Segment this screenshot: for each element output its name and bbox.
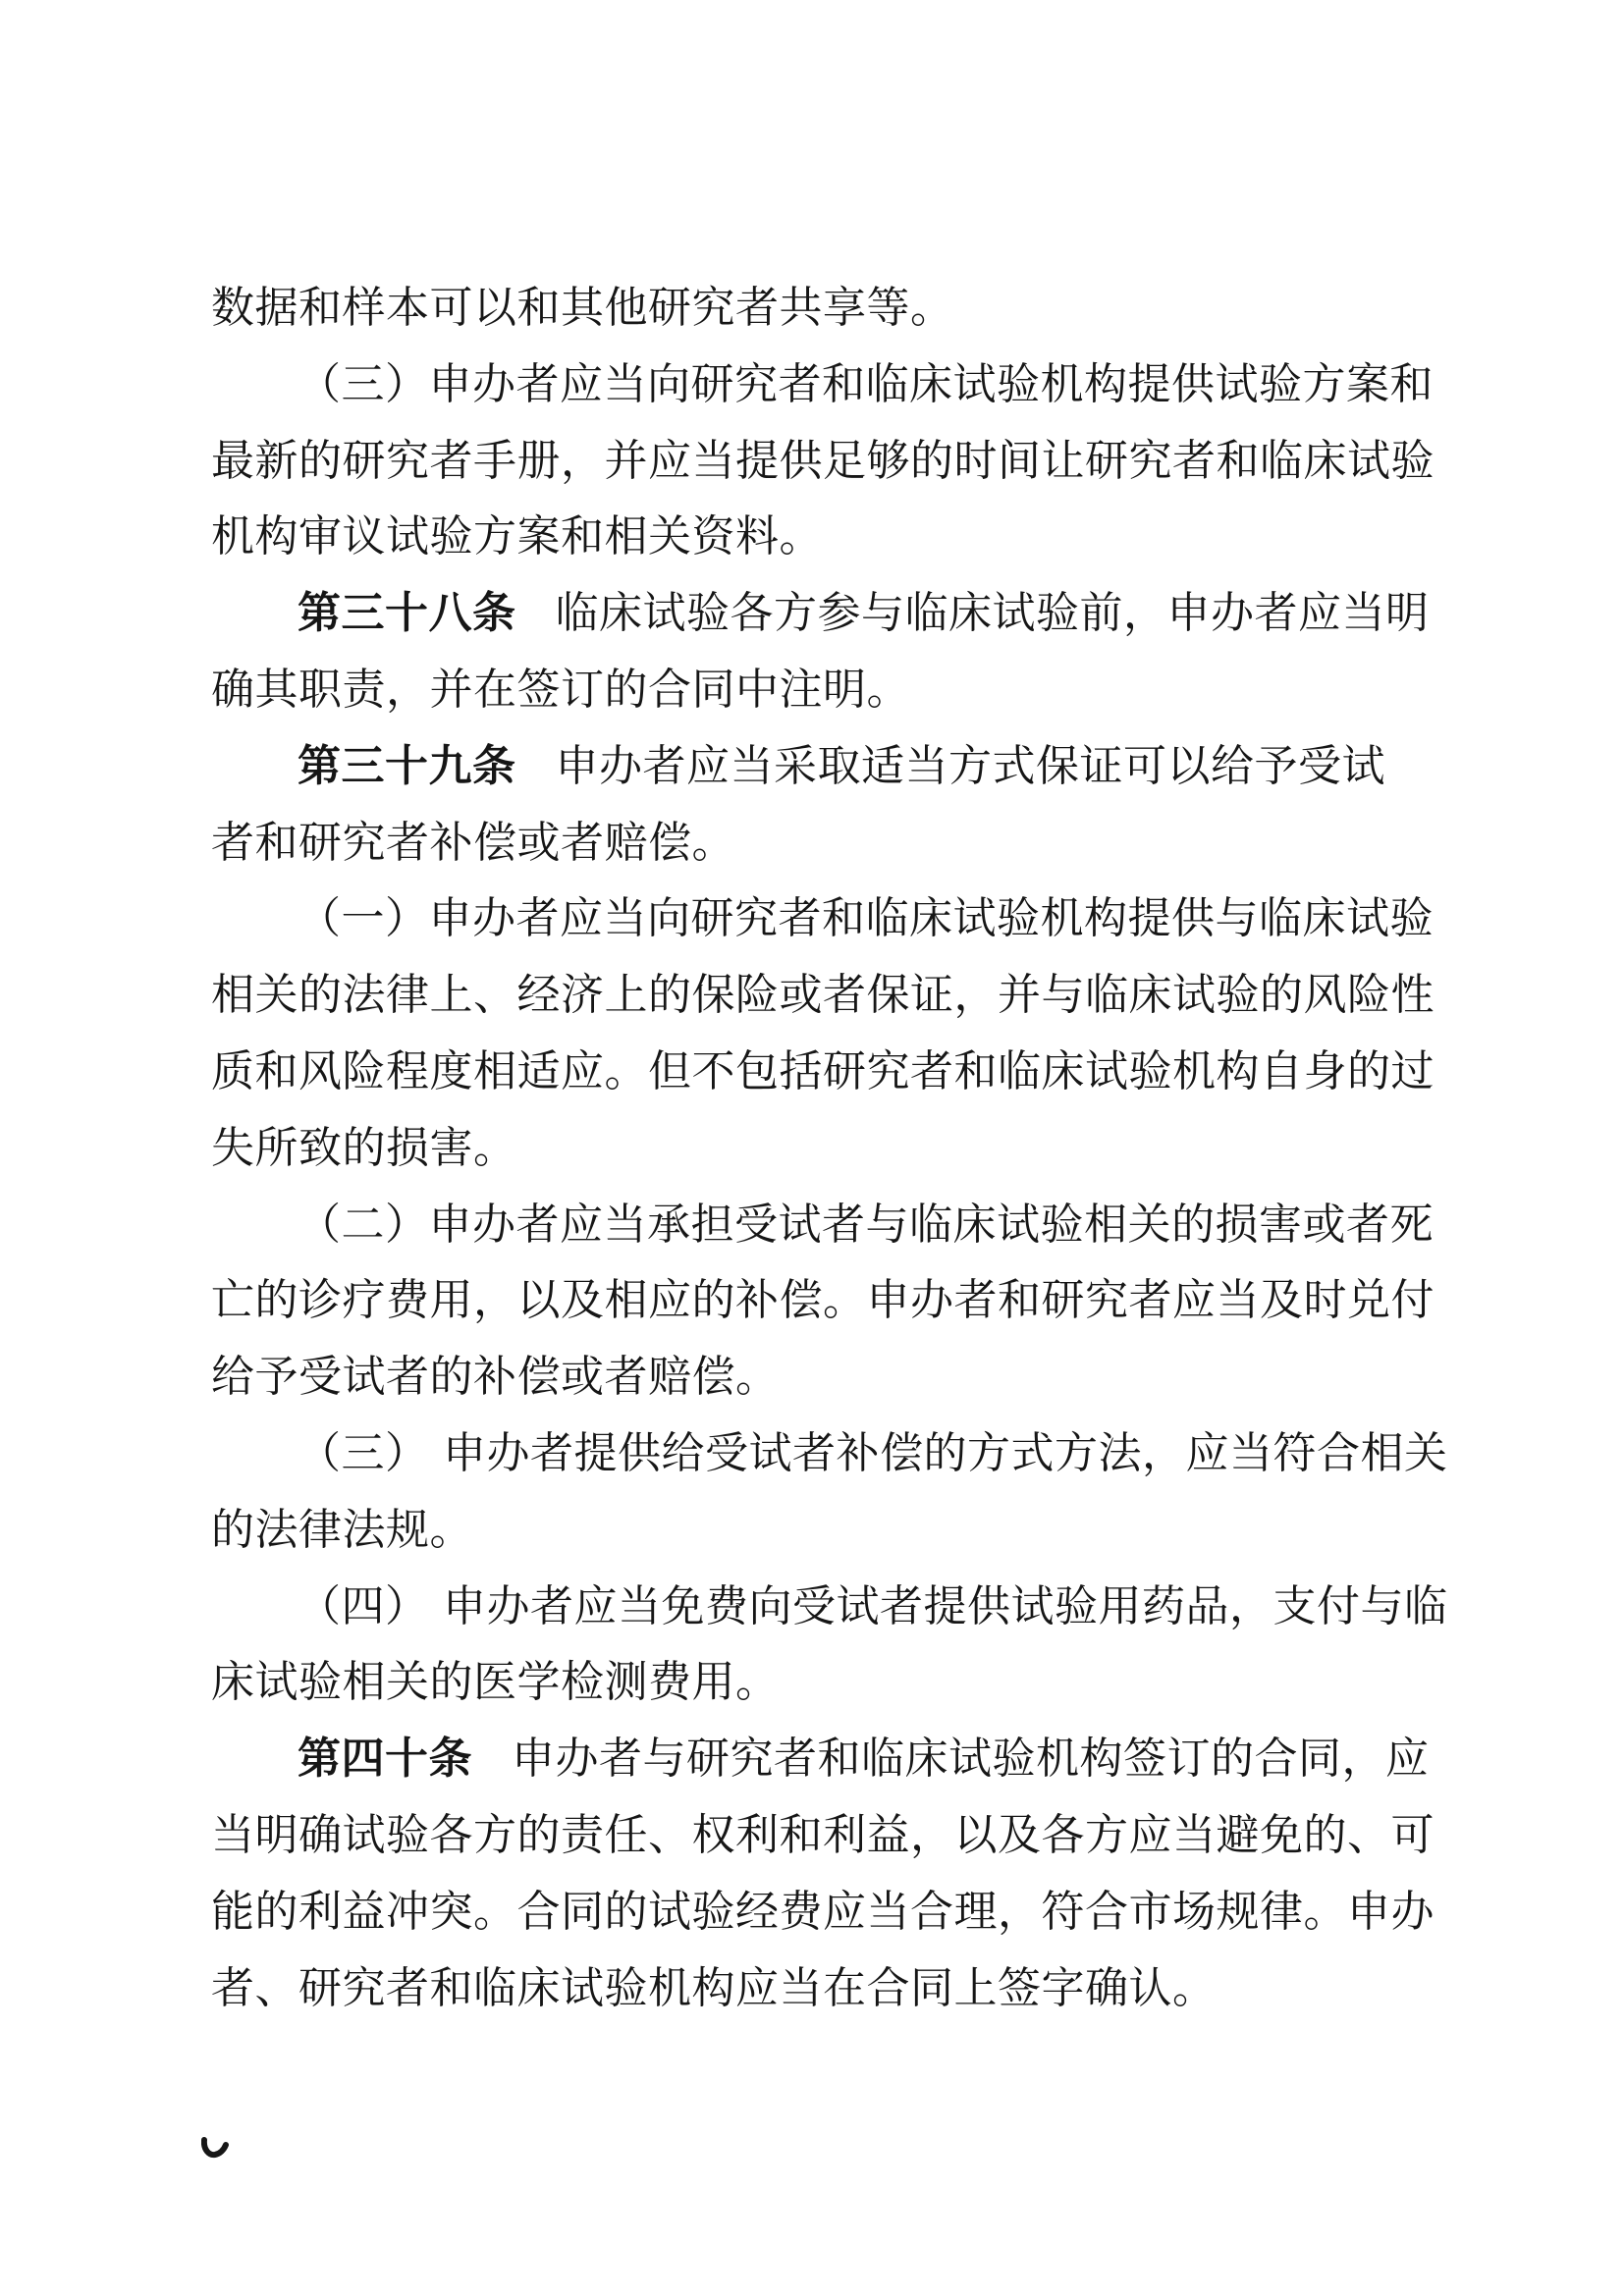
paragraph-line: 床试验相关的医学检测费用。: [211, 1644, 1419, 1721]
paragraph-line: （二）申办者应当承担受试者与临床试验相关的损害或者死: [211, 1187, 1419, 1263]
line-text: 数据和样本可以和其他研究者共享等。: [211, 283, 954, 333]
paragraph-line: （一）申办者应当向研究者和临床试验机构提供与临床试验: [211, 881, 1419, 957]
paragraph-line: （三）申办者应当向研究者和临床试验机构提供试验方案和: [211, 347, 1419, 423]
paragraph-line: 者、研究者和临床试验机构应当在合同上签字确认。: [211, 1950, 1419, 2027]
paragraph-line: 第三十八条临床试验各方参与临床试验前，申办者应当明: [211, 575, 1419, 652]
line-text: 机构审议试验方案和相关资料。: [211, 511, 823, 561]
paragraph-line: 能的利益冲突。合同的试验经费应当合理，符合市场规律。申办: [211, 1874, 1419, 1950]
line-text: （一）申办者应当向研究者和临床试验机构提供与临床试验: [298, 893, 1434, 943]
line-text: 当明确试验各方的责任、权利和利益，以及各方应当避免的、可: [211, 1810, 1435, 1860]
line-text: 质和风险程度相适应。但不包括研究者和临床试验机构自身的过: [211, 1046, 1435, 1096]
line-text: （三） 申办者提供给受试者补偿的方式方法，应当符合相关: [298, 1428, 1447, 1478]
article-number-38: 第三十八条: [298, 588, 516, 638]
page-number-fragment-icon: [201, 2136, 231, 2162]
paragraph-line: 机构审议试验方案和相关资料。: [211, 499, 1419, 575]
line-text: 给予受试者的补偿或者赔偿。: [211, 1352, 780, 1402]
paragraph-line: 数据和样本可以和其他研究者共享等。: [211, 270, 1419, 347]
text-block: 数据和样本可以和其他研究者共享等。 （三）申办者应当向研究者和临床试验机构提供试…: [211, 270, 1419, 2026]
document-page: 数据和样本可以和其他研究者共享等。 （三）申办者应当向研究者和临床试验机构提供试…: [0, 0, 1624, 2296]
line-text: 确其职责，并在签订的合同中注明。: [211, 665, 910, 715]
article-number-40: 第四十条: [298, 1734, 472, 1784]
line-text: 失所致的损害。: [211, 1123, 517, 1173]
paragraph-line: 失所致的损害。: [211, 1110, 1419, 1187]
line-text: 者和研究者补偿或者赔偿。: [211, 818, 735, 868]
paragraph-line: 亡的诊疗费用，以及相应的补偿。申办者和研究者应当及时兑付: [211, 1262, 1419, 1339]
line-text: 能的利益冲突。合同的试验经费应当合理，符合市场规律。申办: [211, 1887, 1435, 1937]
line-text: （三）申办者应当向研究者和临床试验机构提供试验方案和: [298, 359, 1434, 409]
line-text: 者、研究者和临床试验机构应当在合同上签字确认。: [211, 1963, 1217, 2013]
line-text: 临床试验各方参与临床试验前，申办者应当明: [556, 588, 1430, 638]
paragraph-line: 相关的法律上、经济上的保险或者保证，并与临床试验的风险性: [211, 957, 1419, 1034]
paragraph-line: 最新的研究者手册，并应当提供足够的时间让研究者和临床试验: [211, 423, 1419, 500]
line-text: 最新的研究者手册，并应当提供足够的时间让研究者和临床试验: [211, 436, 1435, 486]
line-text: 的法律法规。: [211, 1505, 473, 1555]
paragraph-line: 第四十条申办者与研究者和临床试验机构签订的合同，应: [211, 1721, 1419, 1797]
line-text: 申办者应当采取适当方式保证可以给予受试: [556, 741, 1386, 791]
article-number-39: 第三十九条: [298, 741, 516, 791]
paragraph-line: （三） 申办者提供给受试者补偿的方式方法，应当符合相关: [211, 1415, 1419, 1492]
line-text: 床试验相关的医学检测费用。: [211, 1657, 780, 1707]
paragraph-line: 质和风险程度相适应。但不包括研究者和临床试验机构自身的过: [211, 1034, 1419, 1110]
line-text: 亡的诊疗费用，以及相应的补偿。申办者和研究者应当及时兑付: [211, 1275, 1435, 1325]
paragraph-line: 确其职责，并在签订的合同中注明。: [211, 652, 1419, 728]
paragraph-line: 当明确试验各方的责任、权利和利益，以及各方应当避免的、可: [211, 1797, 1419, 1874]
line-text: 申办者与研究者和临床试验机构签订的合同，应: [512, 1734, 1430, 1784]
paragraph-line: 给予受试者的补偿或者赔偿。: [211, 1339, 1419, 1415]
line-text: 相关的法律上、经济上的保险或者保证，并与临床试验的风险性: [211, 970, 1435, 1020]
paragraph-line: 第三十九条申办者应当采取适当方式保证可以给予受试: [211, 728, 1419, 805]
line-text: （四） 申办者应当免费向受试者提供试验用药品，支付与临: [298, 1581, 1447, 1631]
paragraph-line: 者和研究者补偿或者赔偿。: [211, 805, 1419, 881]
paragraph-line: 的法律法规。: [211, 1492, 1419, 1569]
line-text: （二）申办者应当承担受试者与临床试验相关的损害或者死: [298, 1200, 1434, 1250]
paragraph-line: （四） 申办者应当免费向受试者提供试验用药品，支付与临: [211, 1569, 1419, 1645]
